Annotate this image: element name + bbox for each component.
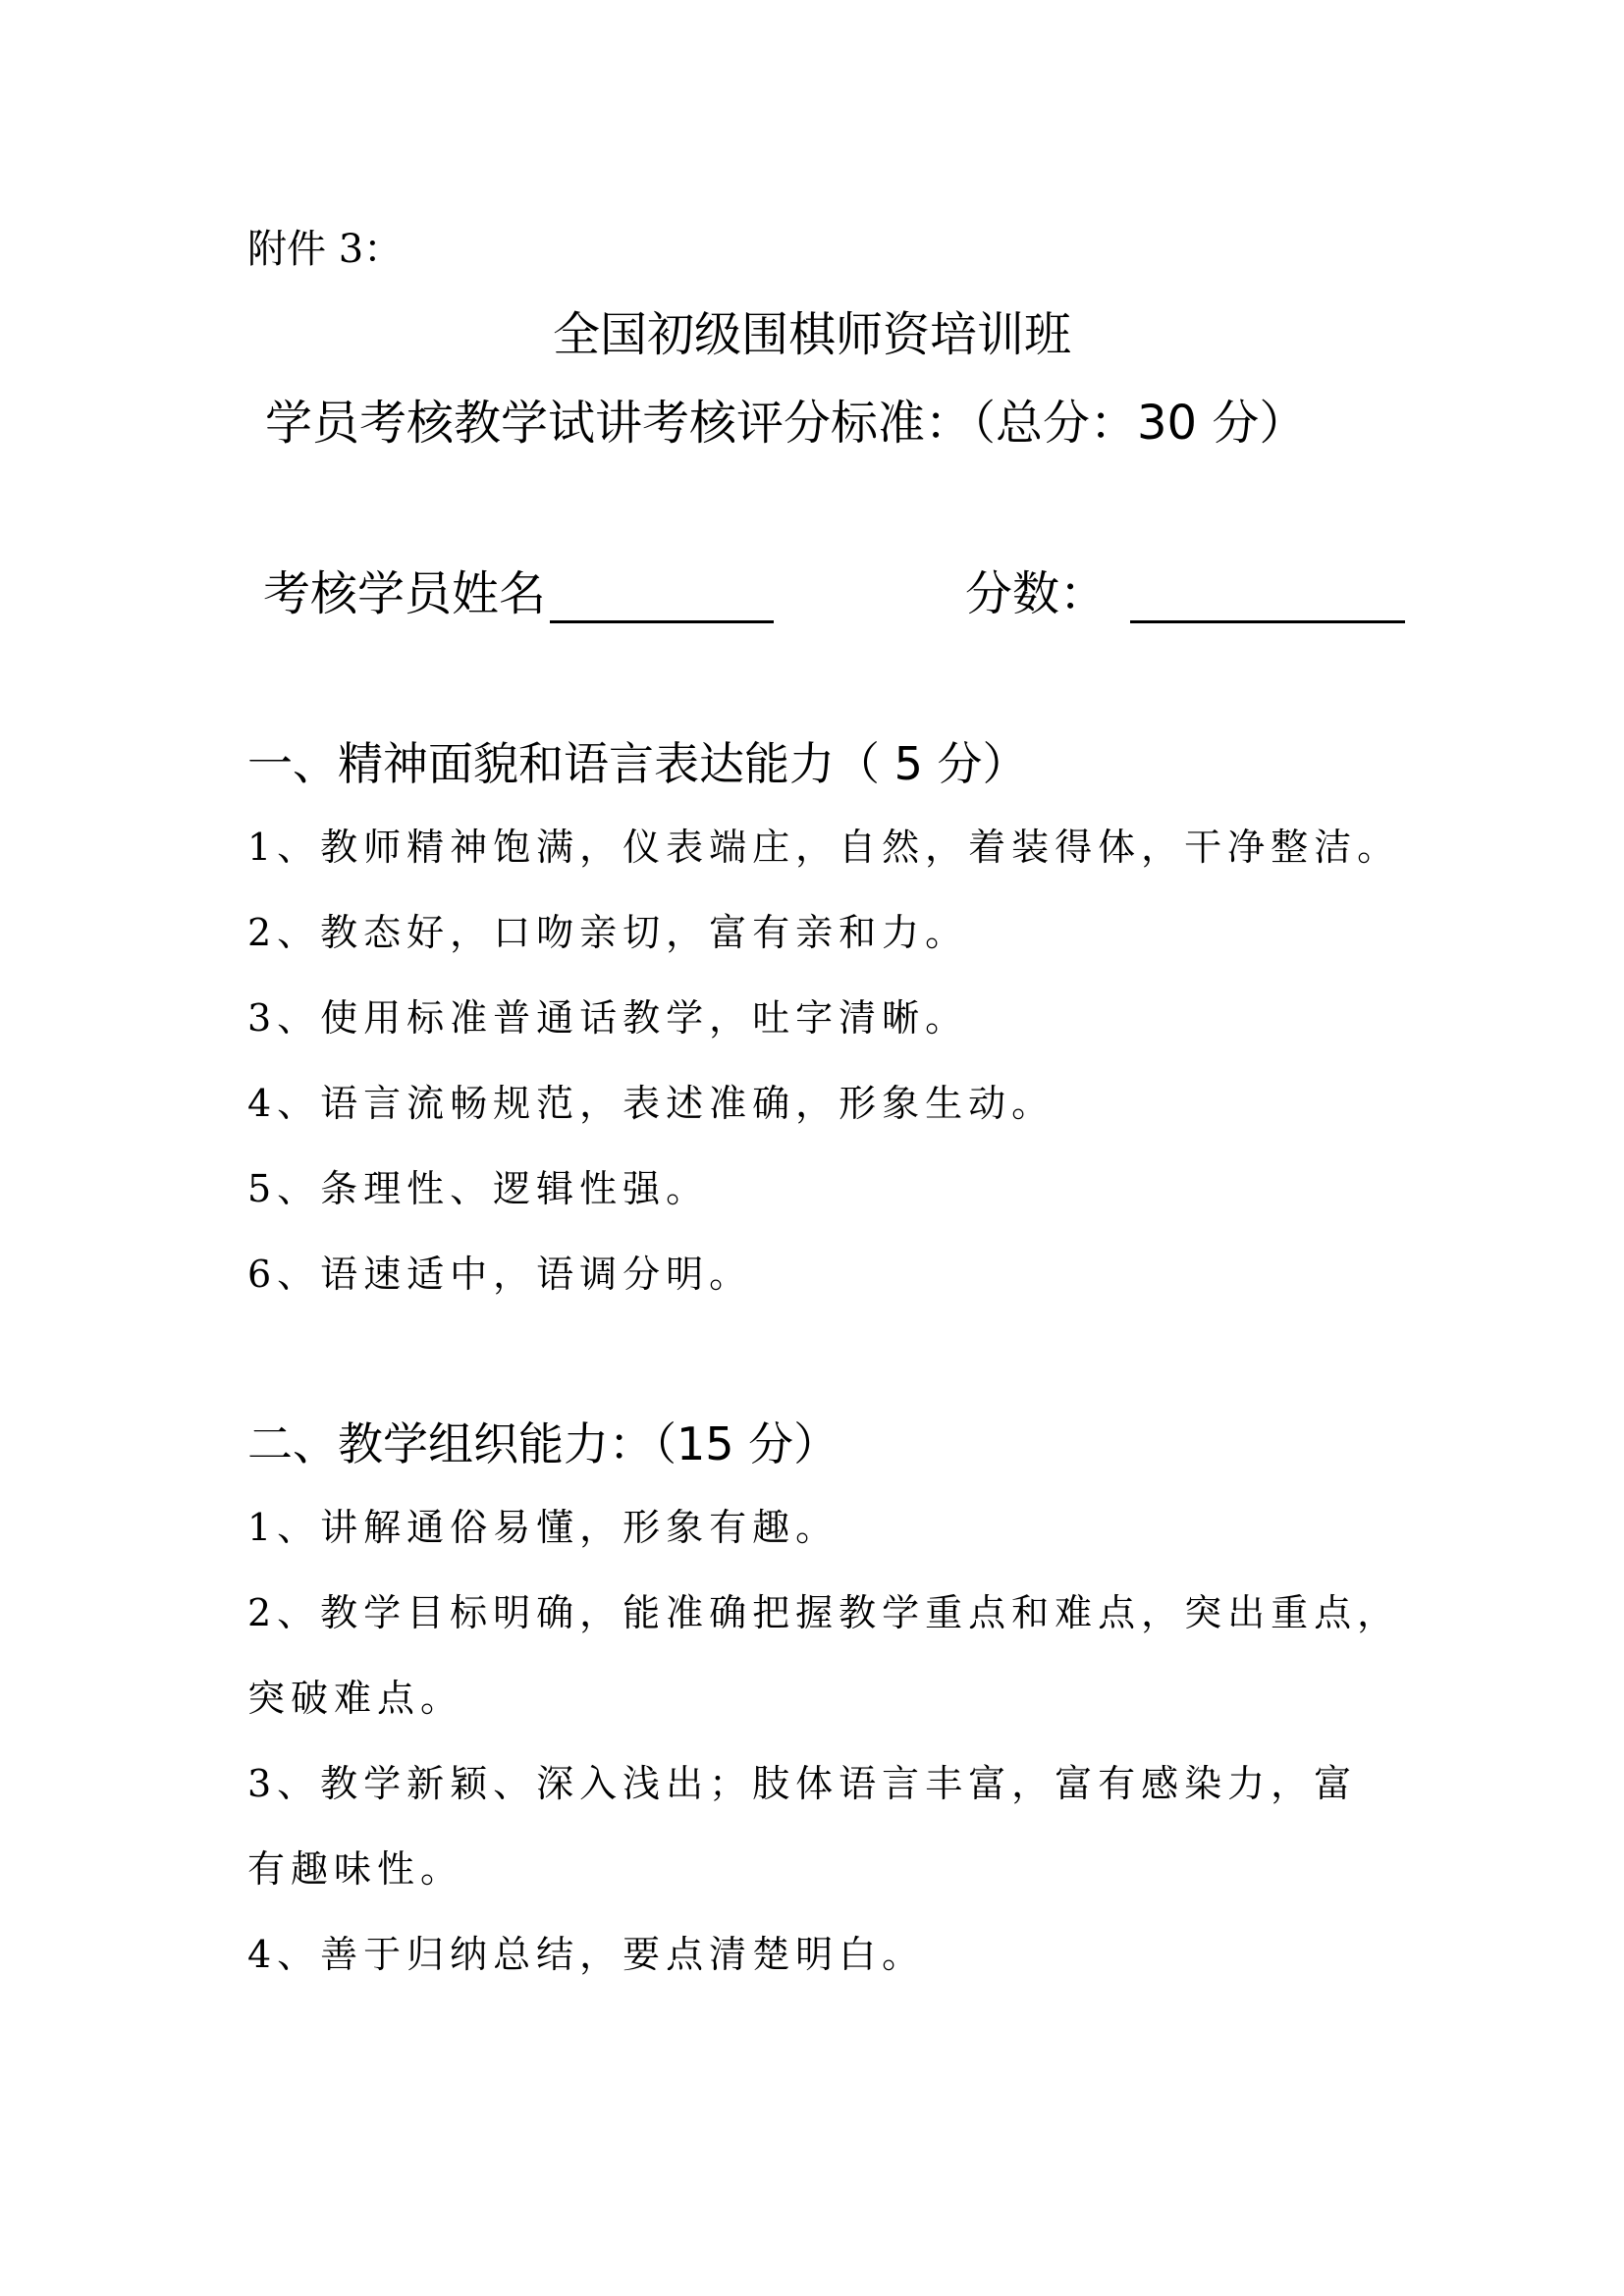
criteria-item-continuation: 有趣味性。 [247,1839,463,1893]
criteria-item: 4、语言流畅规范，表述准确，形象生动。 [247,1073,1055,1127]
section-heading-1: 一、精神面貌和语言表达能力（ 5 分） [247,728,1028,793]
criteria-item: 6、语速适中，语调分明。 [247,1244,752,1298]
document-title: 全国初级围棋师资培训班 [0,296,1624,364]
criteria-item: 5、条理性、逻辑性强。 [247,1158,709,1212]
document-subtitle: 学员考核教学试讲考核评分标准：（总分：30 分） [265,385,1306,453]
student-name-blank[interactable] [550,571,774,623]
score-label: 分数： [965,556,1107,623]
section-heading-2: 二、教学组织能力：（15 分） [247,1409,839,1473]
criteria-item: 1、教师精神饱满，仪表端庄，自然，着装得体，干净整洁。 [247,817,1400,871]
attachment-label: 附件 3： [247,218,403,274]
score-field: 分数： [965,556,1405,623]
student-name-label: 考核学员姓名 [263,556,546,623]
score-blank[interactable] [1130,571,1405,623]
criteria-item: 4、善于归纳总结，要点清楚明白。 [247,1924,925,1978]
criteria-item: 3、教学新颖、深入浅出；肢体语言丰富，富有感染力，富 [247,1753,1357,1807]
criteria-item: 1、讲解通俗易懂，形象有趣。 [247,1497,839,1551]
criteria-item-continuation: 突破难点。 [247,1668,463,1722]
student-name-field: 考核学员姓名 [263,556,774,623]
criteria-item: 2、教态好，口吻亲切，富有亲和力。 [247,902,968,956]
criteria-item: 3、使用标准普通话教学，吐字清晰。 [247,988,968,1041]
criteria-item: 2、教学目标明确，能准确把握教学重点和难点，突出重点， [247,1582,1400,1636]
